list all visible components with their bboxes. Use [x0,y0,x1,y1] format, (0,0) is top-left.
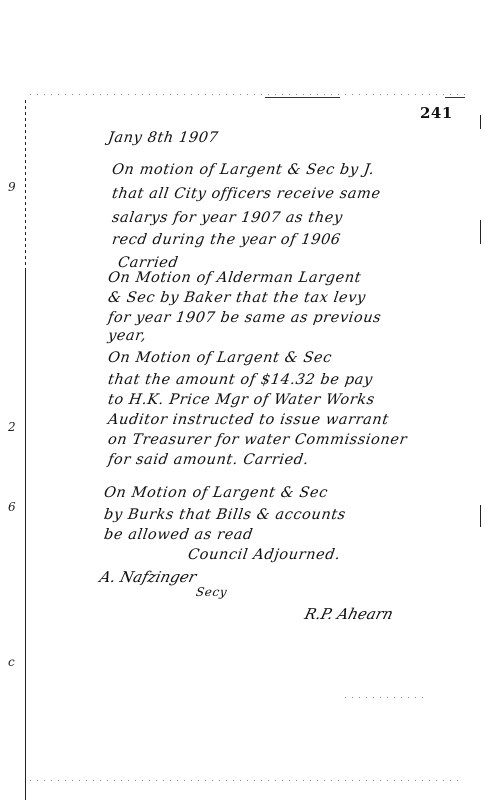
scan-noise [30,94,470,95]
entry-line: that the amount of $14.32 be pay [107,372,374,388]
entry-line: to H.K. Price Mgr of Water Works [107,392,376,408]
right-edge-mark [480,115,481,129]
entry-line: salarys for year 1907 as they [111,210,344,226]
right-edge-mark [480,505,481,527]
scan-noise [345,697,425,698]
entry-line: by Burks that Bills & accounts [103,507,347,523]
scan-noise [30,780,460,781]
entry-line: be allowed as read [103,527,254,543]
left-margin-rule-solid [25,270,26,800]
entry-line: & Sec by Baker that the tax levy [107,290,367,306]
entry-line: On Motion of Largent & Sec [107,350,333,366]
clerk-title: Secy [195,585,228,599]
entry-line: that all City officers receive same [111,186,382,202]
margin-mark: c [8,655,15,669]
margin-mark: 2 [8,420,16,434]
left-margin-rule [25,100,26,270]
right-edge-mark [480,220,481,244]
top-rule [265,97,340,98]
entry-line: for year 1907 be same as previous [107,310,382,326]
entry-line: On Motion of Alderman Largent [107,270,362,286]
margin-mark: 9 [8,180,16,194]
margin-mark: 6 [8,500,16,514]
entry-line: recd during the year of 1906 [111,232,342,248]
mayor-signature: R.P. Ahearn [303,605,395,623]
entry-line: year, [107,328,148,344]
entry-line: on Treasurer for water Commissioner [107,432,408,448]
entry-line: for said amount. Carried. [107,452,310,468]
entry-status: Carried [117,255,180,271]
clerk-signature: A. Nafzinger [98,568,198,586]
page-number: 241 [420,104,453,122]
entry-line: Auditor instructed to issue warrant [107,412,390,428]
adjournment-note: Council Adjourned. [187,547,342,563]
entry-line: On Motion of Largent & Sec [103,485,329,501]
entry-date: Jany 8th 1907 [107,130,220,146]
top-rule [445,97,465,98]
entry-line: On motion of Largent & Sec by J. [111,162,376,178]
scanned-document-page: 241 9 2 6 c Jany 8th 1907 On motion of L… [0,0,486,800]
